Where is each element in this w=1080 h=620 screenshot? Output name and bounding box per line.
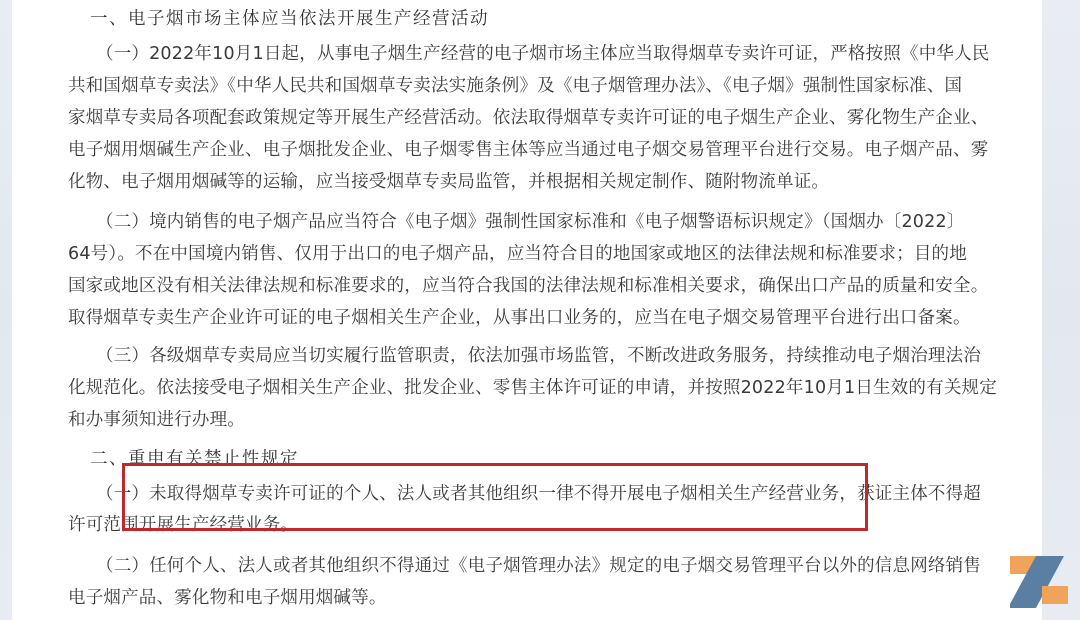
s2-para2-line: （二）任何个人、法人或者其他组织不得通过《电子烟管理办法》规定的电子烟交易管理平… <box>96 555 981 577</box>
s1-para2-line: 64号）。不在中国境内销售、仅用于出口的电子烟产品，应当符合目的地国家或地区的法… <box>68 243 967 265</box>
s1-para3-line: 化规范化。依法接受电子烟相关生产企业、批发企业、零售主体许可证的申请，并按照20… <box>68 377 997 399</box>
z-logo-icon <box>1006 552 1072 610</box>
s1-para1-line: 化物、电子烟用烟碱等的运输，应当接受烟草专卖局监管，并根据相关规定制作、随附物流… <box>68 171 829 193</box>
section-1-heading: 一、电子烟市场主体应当依法开展生产经营活动 <box>90 8 489 30</box>
s1-para1-line: 家烟草专卖局各项配套政策规定等开展生产经营活动。依法取得烟草专卖许可证的电子烟生… <box>68 107 988 129</box>
s2-para1-line: 许可范围开展生产经营业务。 <box>68 514 298 536</box>
s2-para1-line: （一）未取得烟草专卖许可证的个人、法人或者其他组织一律不得开展电子烟相关生产经营… <box>96 483 981 505</box>
s1-para3-line: （三）各级烟草专卖局应当切实履行监管职责，依法加强市场监管，不断改进政务服务，持… <box>96 345 981 367</box>
s1-para2-line: 取得烟草专卖生产企业许可证的电子烟相关生产企业，从事出口业务的，应当在电子烟交易… <box>68 307 971 329</box>
s1-para1-line: （一）2022年10月1日起，从事电子烟生产经营的电子烟市场主体应当取得烟草专卖… <box>96 43 990 65</box>
s1-para1-line: 电子烟用烟碱生产企业、电子烟批发企业、电子烟零售主体等应当通过电子烟交易管理平台… <box>68 139 988 161</box>
s1-para3-line: 和办事须知进行办理。 <box>68 409 245 431</box>
s2-para2-line: 电子烟产品、雾化物和电子烟用烟碱等。 <box>68 587 387 609</box>
s1-para2-line: 国家或地区没有相关法律法规和标准要求的，应当符合我国的法律法规和标准相关要求，确… <box>68 275 988 297</box>
s1-para1-line: 共和国烟草专卖法》《中华人民共和国烟草专卖法实施条例》及《电子烟管理办法》、《电… <box>68 75 962 97</box>
section-2-heading: 二、重申有关禁止性规定 <box>90 448 299 470</box>
document-page: 一、电子烟市场主体应当依法开展生产经营活动 （一）2022年10月1日起，从事电… <box>12 0 1042 620</box>
s1-para2-line: （二）境内销售的电子烟产品应当符合《电子烟》强制性国家标准和《电子烟警语标识规定… <box>96 211 964 233</box>
